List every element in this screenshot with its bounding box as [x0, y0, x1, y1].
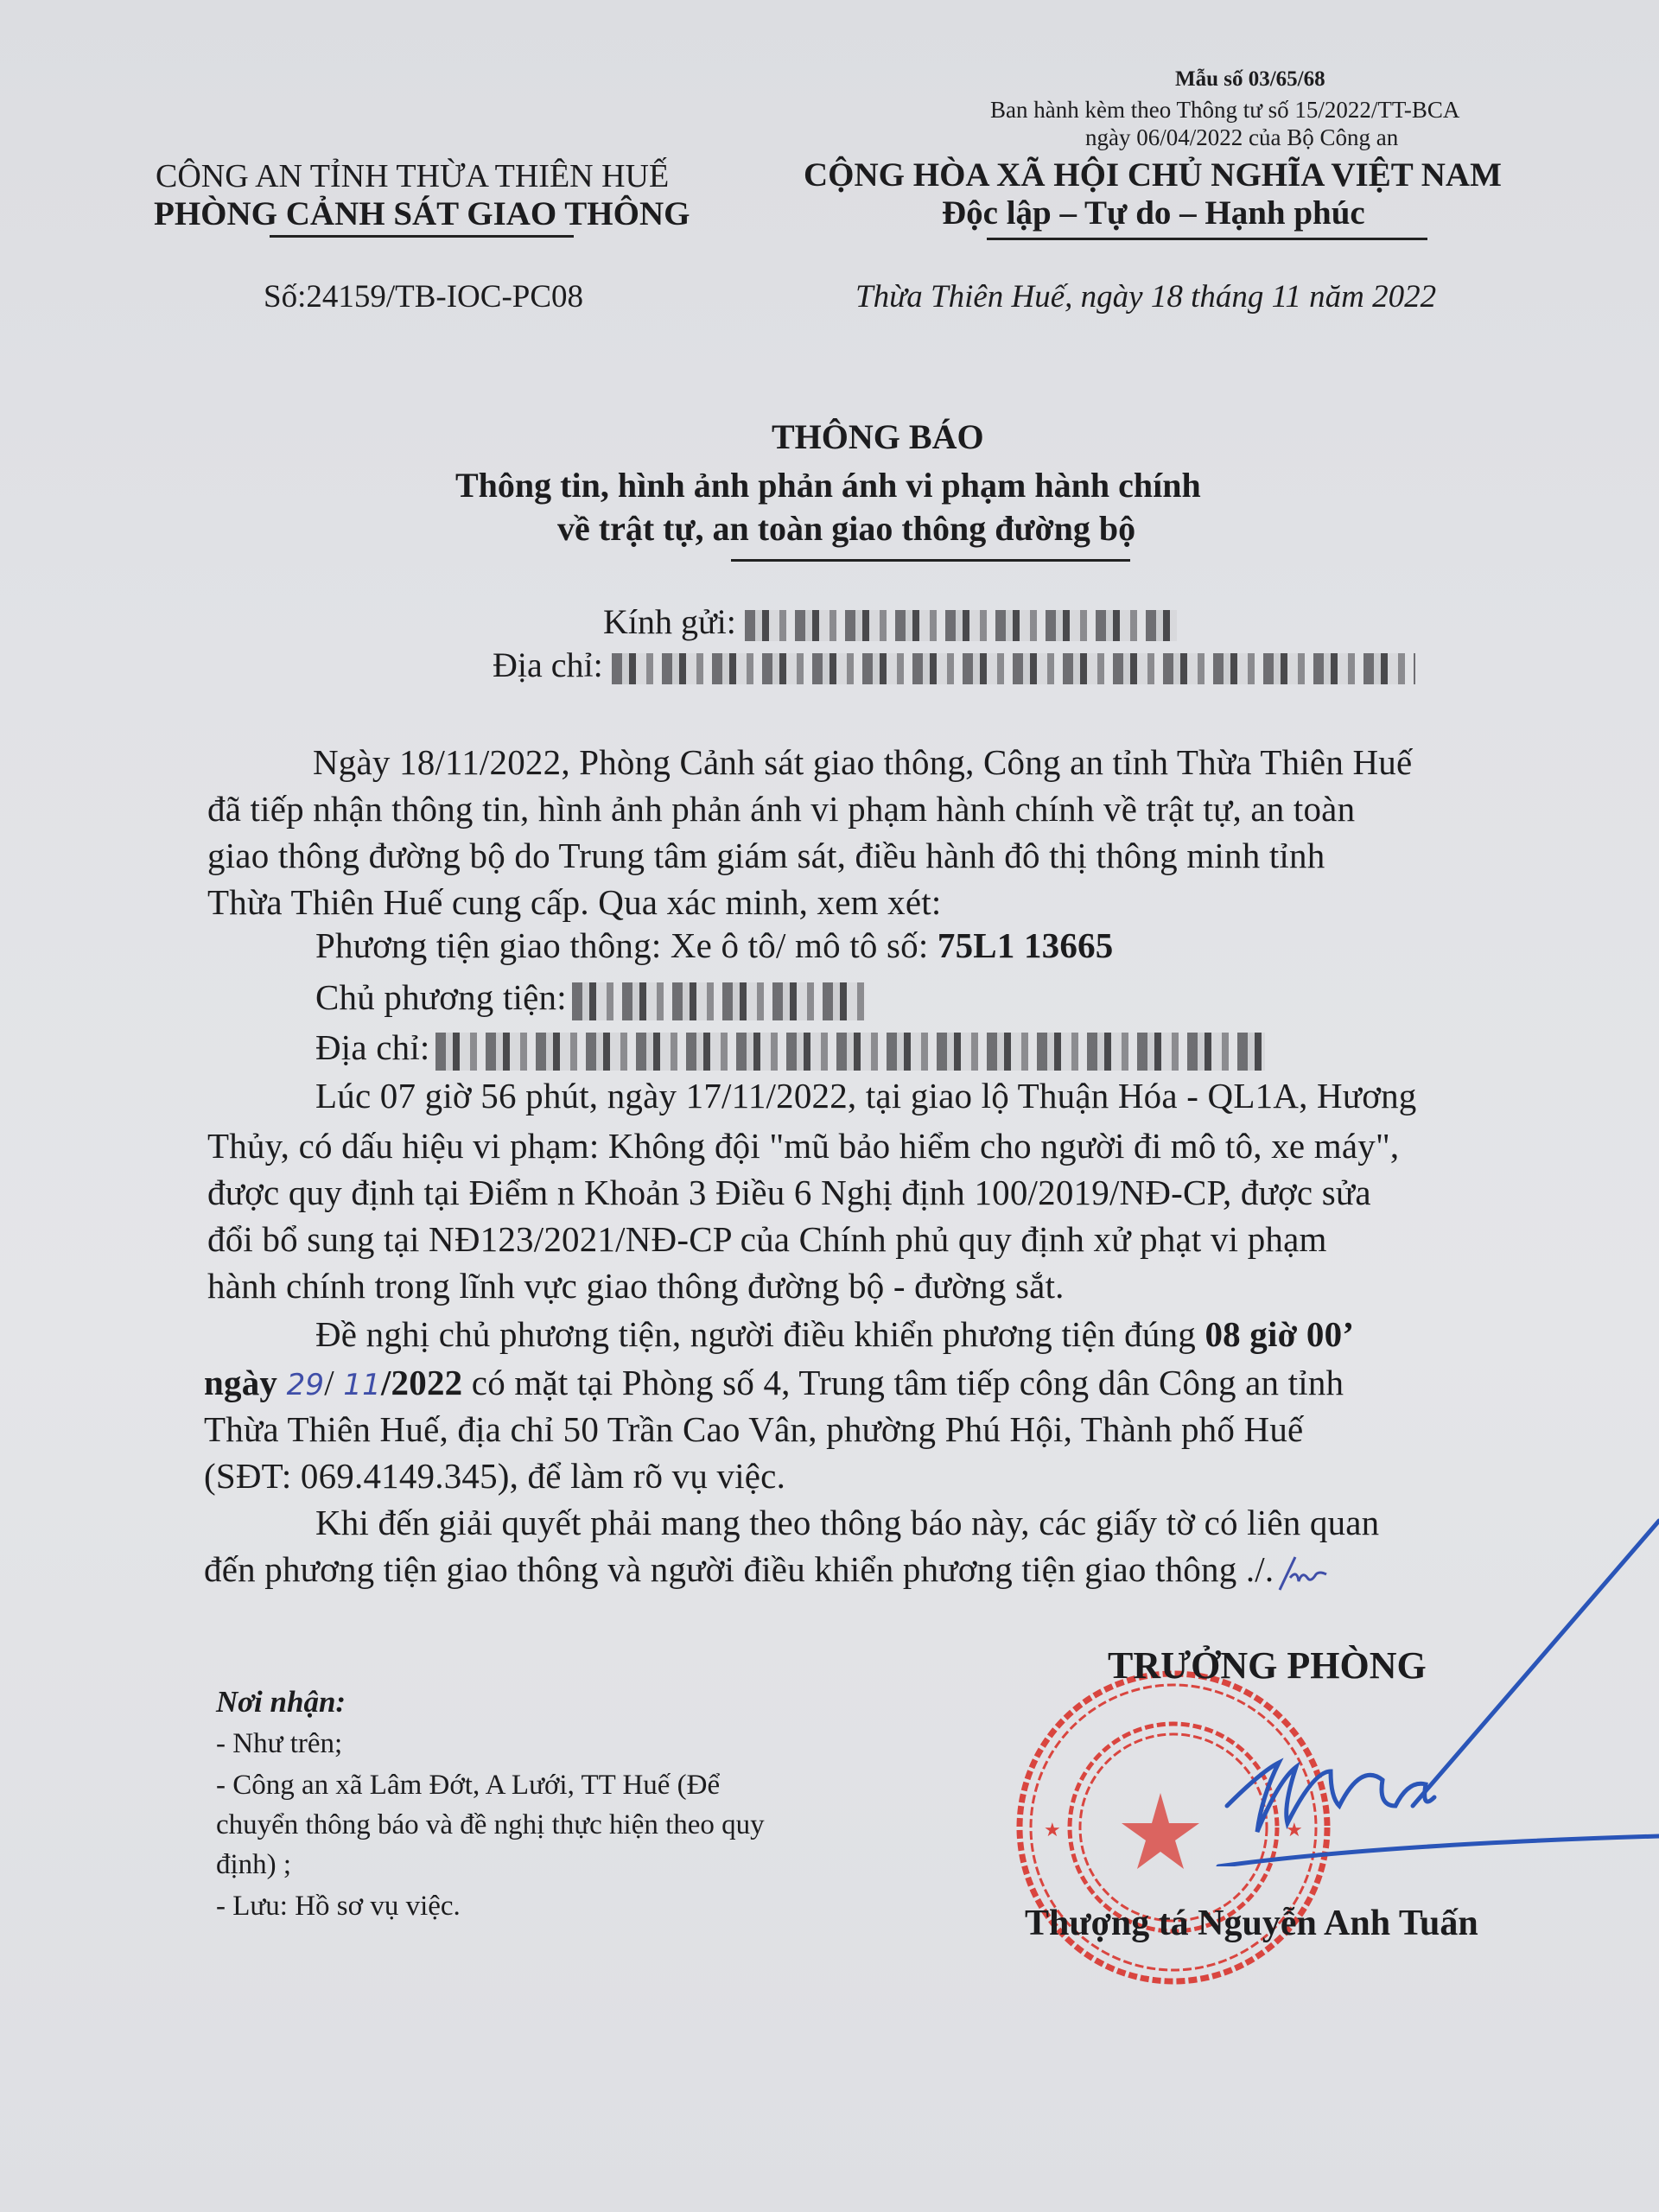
- owner-label: Chủ phương tiện:: [315, 977, 567, 1017]
- paragraph-2-line: Lúc 07 giờ 56 phút, ngày 17/11/2022, tại…: [315, 1075, 1417, 1116]
- recipient-item: - Công an xã Lâm Đớt, A Lưới, TT Huế (Để: [216, 1770, 720, 1802]
- document-title: THÔNG BÁO: [772, 416, 984, 457]
- vehicle-label: Phương tiện giao thông: Xe ô tô/ mô tô s…: [315, 925, 928, 965]
- recipient-label: Kính gửi:: [603, 602, 736, 641]
- redacted-recipient-address: [612, 653, 1415, 684]
- appointment-year: /2022: [381, 1363, 462, 1402]
- paragraph-1-line: đã tiếp nhận thông tin, hình ảnh phản án…: [207, 788, 1355, 829]
- appointment-request-text: Đề nghị chủ phương tiện, người điều khiể…: [315, 1314, 1196, 1354]
- agency-name: CÔNG AN TỈNH THỪA THIÊN HUẾ: [156, 157, 669, 195]
- appointment-location: có mặt tại Phòng số 4, Trung tâm tiếp cô…: [462, 1363, 1344, 1402]
- svg-text:★: ★: [1044, 1820, 1061, 1841]
- recipient-item: - Lưu: Hồ sơ vụ việc.: [216, 1891, 461, 1923]
- redacted-recipient-name: [745, 610, 1177, 641]
- paragraph-4-text: đến phương tiện giao thông và người điều…: [204, 1549, 1274, 1589]
- paragraph-1-line: giao thông đường bộ do Trung tâm giám sá…: [207, 835, 1325, 876]
- paragraph-2-line: hành chính trong lĩnh vực giao thông đườ…: [207, 1265, 1065, 1306]
- recipient-item: định) ;: [216, 1849, 291, 1881]
- motto-underline: [987, 238, 1427, 240]
- form-number: Mẫu số 03/65/68: [1175, 67, 1325, 92]
- paragraph-3-line: Đề nghị chủ phương tiện, người điều khiể…: [315, 1313, 1354, 1355]
- recipient-address-label: Địa chỉ:: [493, 645, 603, 684]
- document-number: Số:24159/TB-IOC-PC08: [264, 278, 583, 315]
- paragraph-1-line: Thừa Thiên Huế cung cấp. Qua xác minh, x…: [207, 881, 941, 923]
- owner-address-line: Địa chỉ:: [315, 1027, 1265, 1071]
- vehicle-line: Phương tiện giao thông: Xe ô tô/ mô tô s…: [315, 925, 1114, 966]
- signatory-title: TRƯỞNG PHÒNG: [1108, 1643, 1427, 1688]
- appointment-day-label: ngày: [204, 1363, 277, 1402]
- paragraph-2-line: được quy định tại Điểm n Khoản 3 Điều 6 …: [207, 1172, 1371, 1213]
- department-name: PHÒNG CẢNH SÁT GIAO THÔNG: [154, 194, 690, 233]
- form-issued-date: ngày 06/04/2022 của Bộ Công an: [1085, 124, 1398, 151]
- document-subtitle-line2: về trật tự, an toàn giao thông đường bộ: [557, 508, 1135, 549]
- redacted-owner-name: [572, 982, 866, 1020]
- paragraph-2-line: Thủy, có dấu hiệu vi phạm: Không đội "mũ…: [207, 1125, 1399, 1166]
- national-motto: Độc lập – Tự do – Hạnh phúc: [942, 194, 1365, 232]
- paragraph-4-line: đến phương tiện giao thông và người điều…: [204, 1548, 1333, 1595]
- subtitle-underline: [731, 559, 1130, 562]
- recipient-line: Kính gửi:: [603, 601, 1177, 642]
- date-separator: /: [324, 1363, 334, 1402]
- republic-heading: CỘNG HÒA XÃ HỘI CHỦ NGHĨA VIỆT NAM: [804, 156, 1502, 194]
- appointment-time: 08 giờ 00’: [1205, 1314, 1354, 1354]
- owner-address-label: Địa chỉ:: [315, 1027, 430, 1067]
- paragraph-3-line: ngày 29/ 11/2022 có mặt tại Phòng số 4, …: [204, 1362, 1344, 1403]
- paragraph-2-line: đổi bổ sung tại NĐ123/2021/NĐ-CP của Chí…: [207, 1218, 1327, 1260]
- recipient-item: chuyển thông báo và đề nghị thực hiện th…: [216, 1809, 765, 1841]
- department-underline: [270, 235, 574, 238]
- recipient-address-line: Địa chỉ:: [493, 645, 1415, 685]
- redacted-owner-address: [435, 1033, 1265, 1071]
- document-subtitle-line1: Thông tin, hình ảnh phản ánh vi phạm hàn…: [455, 465, 1201, 505]
- paragraph-3-line: Thừa Thiên Huế, địa chỉ 50 Trần Cao Vân,…: [204, 1408, 1303, 1450]
- signatory-name: Thượng tá Nguyễn Anh Tuấn: [1025, 1903, 1478, 1944]
- handwritten-month: 11: [343, 1368, 381, 1402]
- owner-line: Chủ phương tiện:: [315, 976, 866, 1020]
- place-and-date: Thừa Thiên Huế, ngày 18 tháng 11 năm 202…: [855, 278, 1436, 315]
- form-issued-with: Ban hành kèm theo Thông tư số 15/2022/TT…: [990, 97, 1459, 124]
- recipients-heading: Nơi nhận:: [216, 1685, 346, 1719]
- license-plate: 75L1 13665: [938, 925, 1114, 965]
- paragraph-1-line: Ngày 18/11/2022, Phòng Cảnh sát giao thô…: [313, 741, 1412, 783]
- handwritten-day: 29: [287, 1368, 325, 1402]
- paragraph-3-line: (SĐT: 069.4149.345), để làm rõ vụ việc.: [204, 1455, 785, 1497]
- recipient-item: - Như trên;: [216, 1728, 342, 1760]
